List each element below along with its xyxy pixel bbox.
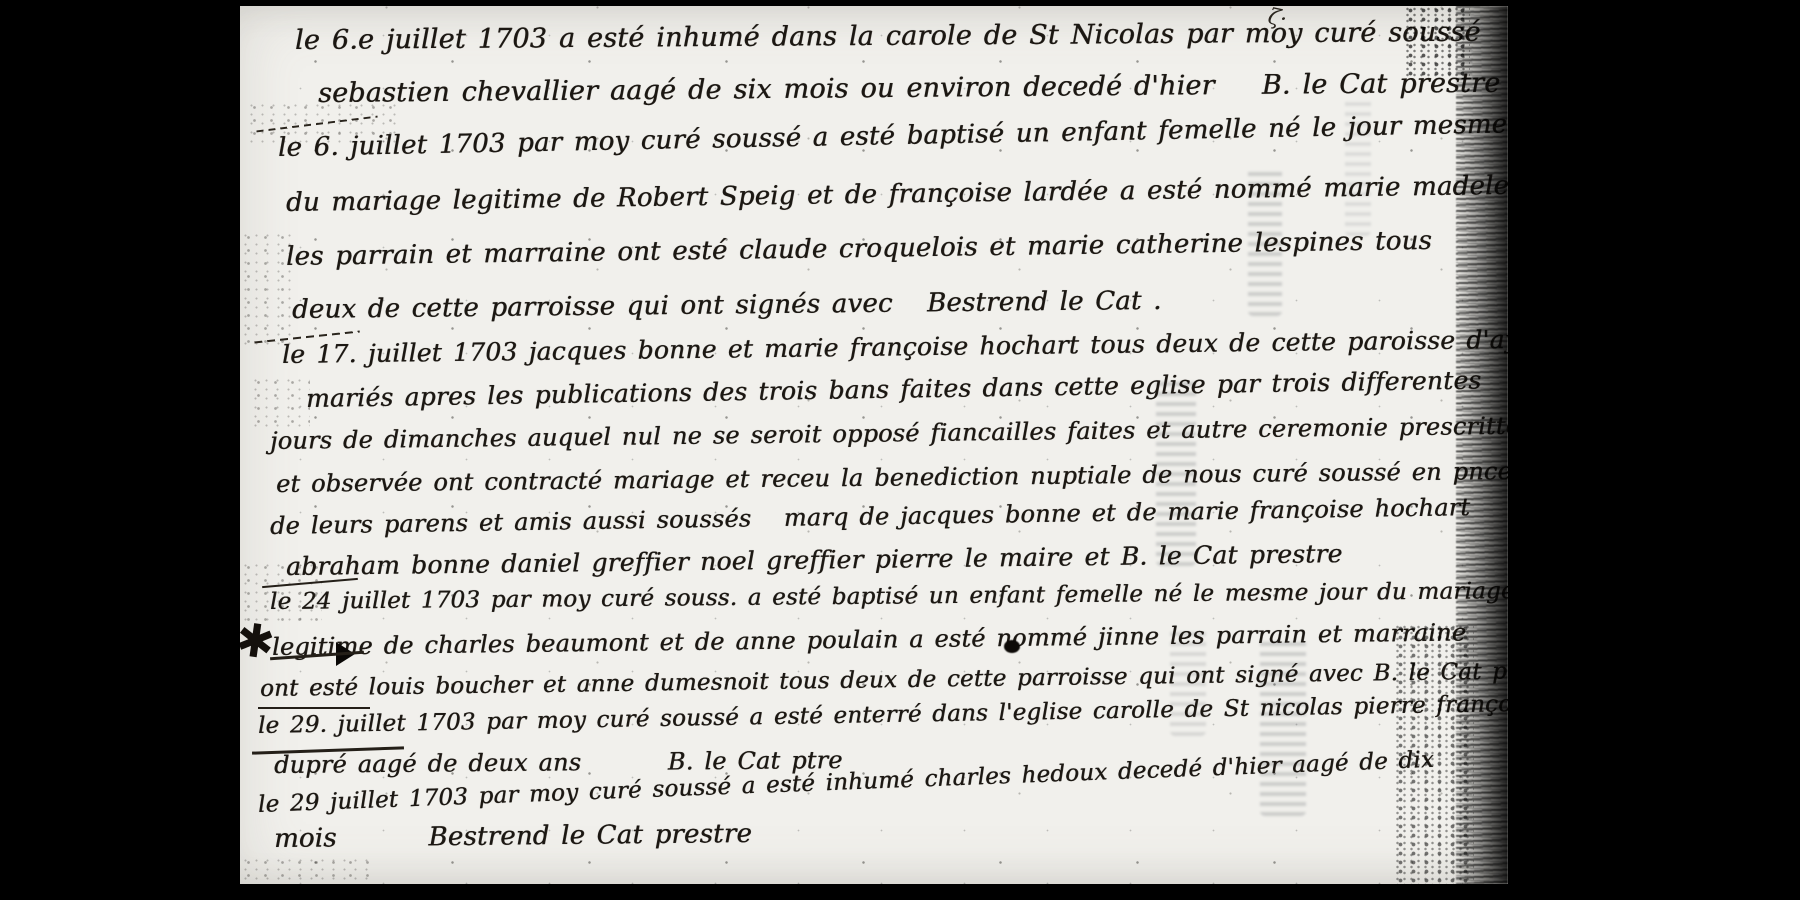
manuscript-line: le 6.e juillet 1703 a esté inhumé dans l… [295, 17, 1481, 56]
manuscript-line: sebastien chevallier aagé de six mois ou… [318, 68, 1501, 109]
scan-background: le 6.e juillet 1703 a esté inhumé dans l… [0, 0, 1800, 900]
manuscript-line: mariés apres les publications des trois … [306, 366, 1482, 413]
manuscript-line: le 6. juillet 1703 par moy curé soussé a… [278, 109, 1508, 163]
manuscript-line: les parrain et marraine ont esté claude … [286, 226, 1432, 272]
manuscript-line: de leurs parens et amis aussi soussés ma… [270, 493, 1471, 540]
manuscript-line: legitime de charles beaumont et de anne … [272, 618, 1466, 661]
manuscript-line: le 24 juillet 1703 par moy curé souss. a… [270, 578, 1508, 615]
manuscript-line: abraham bonne daniel greffier noel greff… [286, 539, 1343, 581]
manuscript-line: le 17. juillet 1703 jacques bonne et mar… [282, 325, 1508, 369]
manuscript-line: mois Bestrend le Cat prestre [274, 819, 752, 854]
manuscript-line: deux de cette parroisse qui ont signés a… [292, 286, 1162, 325]
manuscript-lines: le 6.e juillet 1703 a esté inhumé dans l… [240, 6, 1508, 884]
manuscript-line: jours de dimanches auquel nul ne se sero… [270, 412, 1508, 455]
manuscript-line: et observée ont contracté mariage et rec… [276, 457, 1508, 498]
scan-noise-band [1456, 6, 1508, 884]
manuscript-line: du mariage legitime de Robert Speig et d… [286, 170, 1508, 218]
manuscript-page: le 6.e juillet 1703 a esté inhumé dans l… [240, 6, 1508, 884]
